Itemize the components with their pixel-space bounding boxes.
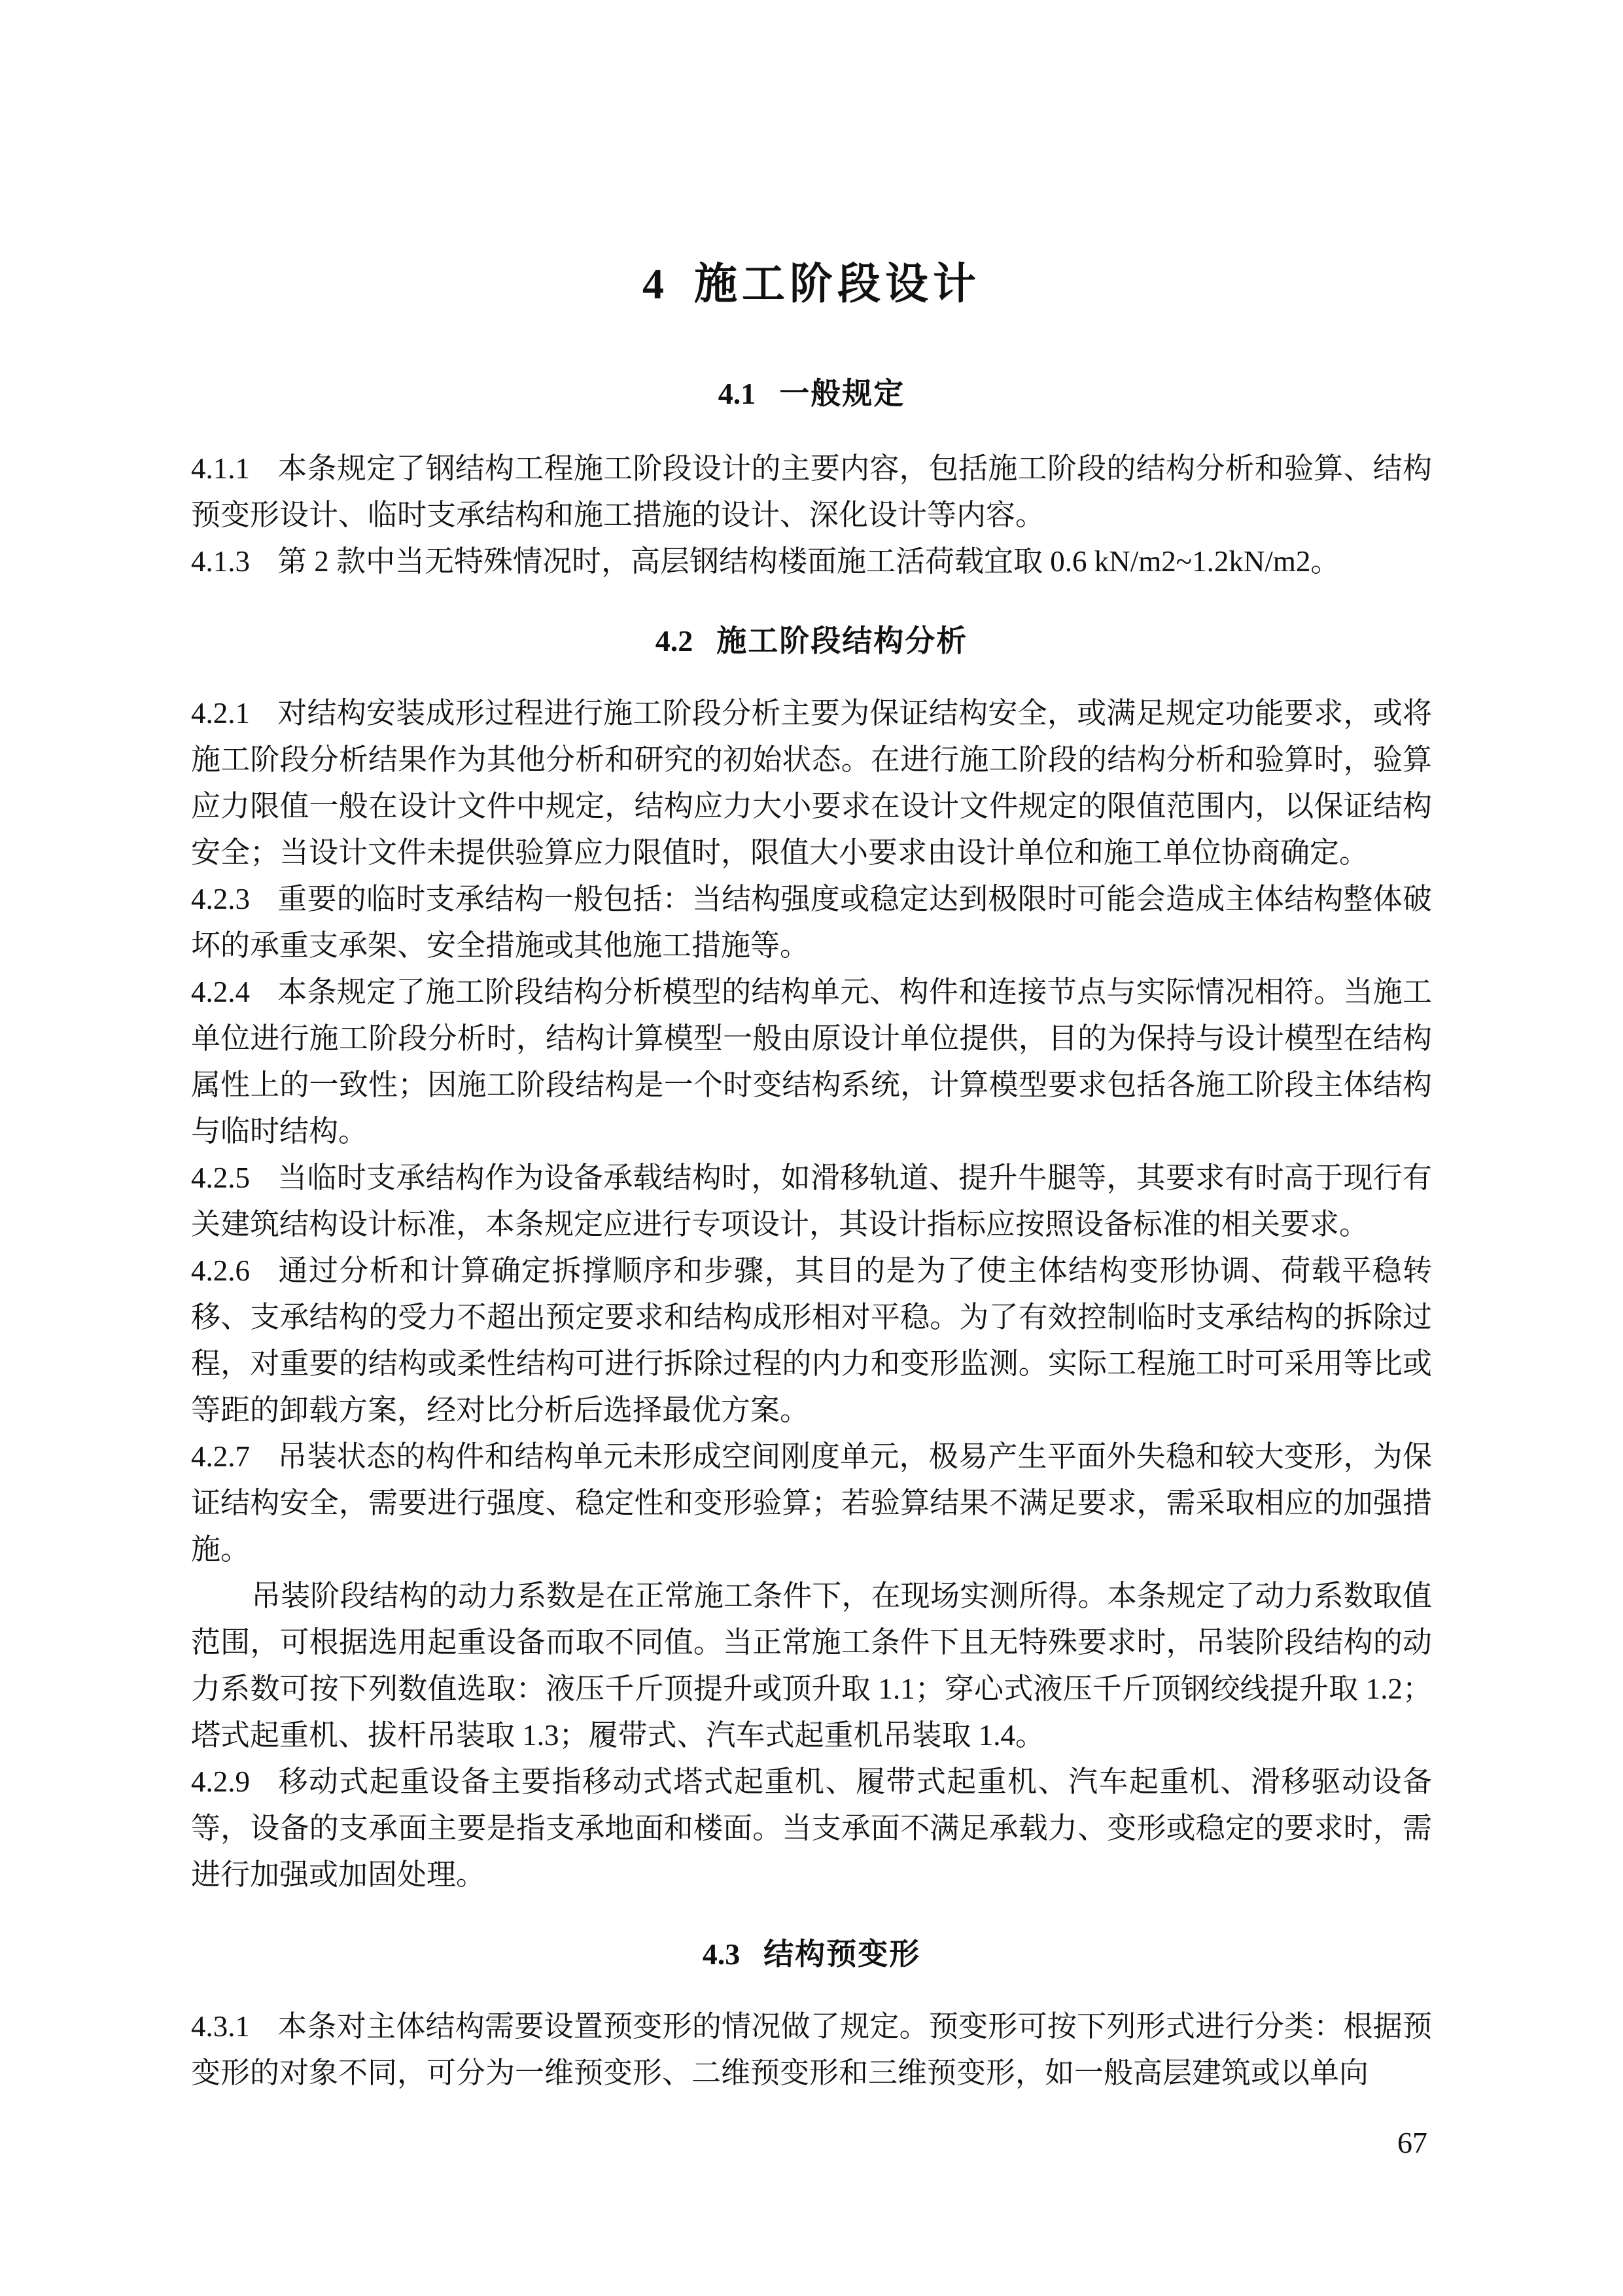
- paragraph-text: 吊装状态的构件和结构单元未形成空间刚度单元，极易产生平面外失稳和较大变形，为保证…: [191, 1440, 1432, 1566]
- section-heading-text: 结构预变形: [763, 1937, 920, 1971]
- section-heading-4-1: 4.1一般规定: [191, 374, 1432, 413]
- section-heading-4-3: 4.3结构预变形: [191, 1935, 1432, 1973]
- paragraph-text: 重要的临时支承结构一般包括：当结构强度或稳定达到极限时可能会造成主体结构整体破坏…: [191, 883, 1432, 962]
- doc-title-number: 4: [642, 260, 664, 308]
- paragraph-4-1-1: 4.1.1本条规定了钢结构工程施工阶段设计的主要内容，包括施工阶段的结构分析和验…: [191, 446, 1432, 539]
- section-heading-text: 施工阶段结构分析: [716, 624, 968, 658]
- paragraph-number: 4.2.7: [191, 1440, 250, 1473]
- paragraph-text: 吊装阶段结构的动力系数是在正常施工条件下，在现场实测所得。本条规定了动力系数取值…: [191, 1580, 1432, 1752]
- paragraph-text: 本条对主体结构需要设置预变形的情况做了规定。预变形可按下列形式进行分类：根据预变…: [191, 2010, 1432, 2089]
- section-heading-text: 一般规定: [779, 376, 905, 410]
- paragraph-text: 本条规定了钢结构工程施工阶段设计的主要内容，包括施工阶段的结构分析和验算、结构预…: [191, 452, 1432, 531]
- paragraph-4-2-6: 4.2.6通过分析和计算确定拆撑顺序和步骤，其目的是为了使主体结构变形协调、荷载…: [191, 1248, 1432, 1434]
- paragraph-number: 4.1.1: [191, 452, 250, 485]
- paragraph-text: 第 2 款中当无特殊情况时，高层钢结构楼面施工活荷载宜取 0.6 kN/m2~1…: [277, 545, 1340, 578]
- doc-title: 4施工阶段设计: [191, 256, 1432, 311]
- paragraph-number: 4.2.6: [191, 1254, 250, 1287]
- section-body-4-2: 4.2.1对结构安装成形过程进行施工阶段分析主要为保证结构安全，或满足规定功能要…: [191, 690, 1432, 1898]
- paragraph-4-2-1: 4.2.1对结构安装成形过程进行施工阶段分析主要为保证结构安全，或满足规定功能要…: [191, 690, 1432, 876]
- paragraph-text: 移动式起重设备主要指移动式塔式起重机、履带式起重机、汽车起重机、滑移驱动设备等，…: [191, 1765, 1432, 1891]
- paragraph-4-3-1: 4.3.1本条对主体结构需要设置预变形的情况做了规定。预变形可按下列形式进行分类…: [191, 2004, 1432, 2096]
- paragraph-4-1-3: 4.1.3第 2 款中当无特殊情况时，高层钢结构楼面施工活荷载宜取 0.6 kN…: [191, 539, 1432, 585]
- section-heading-number: 4.1: [718, 377, 756, 410]
- page-number: 67: [1397, 2125, 1427, 2161]
- section-body-4-3: 4.3.1本条对主体结构需要设置预变形的情况做了规定。预变形可按下列形式进行分类…: [191, 2004, 1432, 2096]
- paragraph-4-2-5: 4.2.5当临时支承结构作为设备承载结构时，如滑移轨道、提升牛腿等，其要求有时高…: [191, 1155, 1432, 1248]
- paragraph-text: 通过分析和计算确定拆撑顺序和步骤，其目的是为了使主体结构变形协调、荷载平稳转移、…: [191, 1254, 1432, 1426]
- paragraph-number: 4.1.3: [191, 545, 250, 578]
- section-heading-number: 4.2: [655, 624, 693, 658]
- paragraph-number: 4.2.5: [191, 1161, 250, 1194]
- paragraph-number: 4.2.9: [191, 1765, 250, 1798]
- document-page: 4施工阶段设计 4.1一般规定 4.1.1本条规定了钢结构工程施工阶段设计的主要…: [0, 0, 1623, 2296]
- paragraph-number: 4.3.1: [191, 2010, 250, 2043]
- paragraph-4-2-9: 4.2.9移动式起重设备主要指移动式塔式起重机、履带式起重机、汽车起重机、滑移驱…: [191, 1759, 1432, 1898]
- paragraph-number: 4.2.3: [191, 883, 250, 915]
- paragraph-text: 对结构安装成形过程进行施工阶段分析主要为保证结构安全，或满足规定功能要求，或将施…: [191, 697, 1432, 869]
- section-heading-4-2: 4.2施工阶段结构分析: [191, 622, 1432, 660]
- paragraph-4-2-4: 4.2.4本条规定了施工阶段结构分析模型的结构单元、构件和连接节点与实际情况相符…: [191, 969, 1432, 1155]
- paragraph-dynamic-coefficient: 吊装阶段结构的动力系数是在正常施工条件下，在现场实测所得。本条规定了动力系数取值…: [191, 1573, 1432, 1759]
- paragraph-text: 当临时支承结构作为设备承载结构时，如滑移轨道、提升牛腿等，其要求有时高于现行有关…: [191, 1161, 1432, 1241]
- paragraph-text: 本条规定了施工阶段结构分析模型的结构单元、构件和连接节点与实际情况相符。当施工单…: [191, 976, 1432, 1148]
- paragraph-number: 4.2.1: [191, 697, 250, 730]
- paragraph-number: 4.2.4: [191, 976, 250, 1008]
- section-heading-number: 4.3: [703, 1937, 741, 1971]
- section-body-4-1: 4.1.1本条规定了钢结构工程施工阶段设计的主要内容，包括施工阶段的结构分析和验…: [191, 446, 1432, 585]
- paragraph-4-2-7: 4.2.7吊装状态的构件和结构单元未形成空间刚度单元，极易产生平面外失稳和较大变…: [191, 1434, 1432, 1573]
- paragraph-4-2-3: 4.2.3重要的临时支承结构一般包括：当结构强度或稳定达到极限时可能会造成主体结…: [191, 876, 1432, 969]
- doc-title-text: 施工阶段设计: [694, 259, 981, 308]
